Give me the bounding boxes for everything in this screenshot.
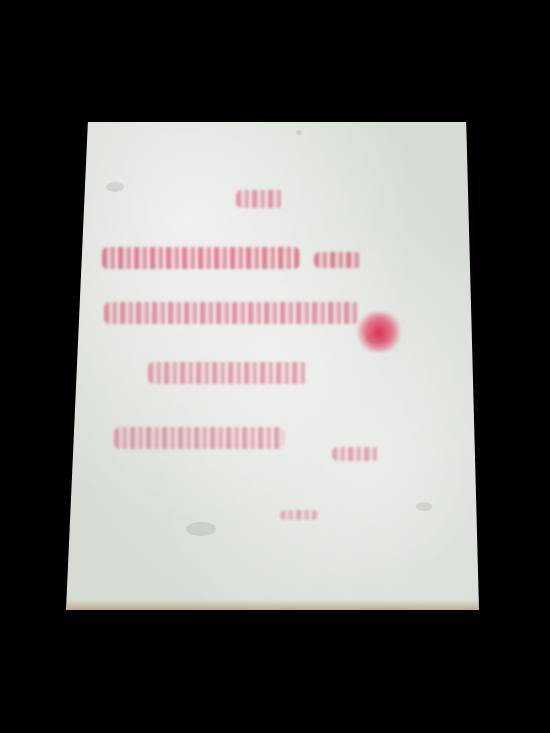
- surface-speck: [106, 182, 124, 192]
- inscription-line-2: [104, 302, 360, 324]
- inscription-mark-top: [236, 190, 284, 208]
- inscription-line-1-suffix: [314, 252, 362, 268]
- inscription-line-4-suffix: [332, 447, 380, 461]
- inscription-line-1: [102, 247, 300, 269]
- surface-speck: [186, 522, 216, 536]
- surface-speck: [296, 130, 302, 135]
- inscription-mark-bottom: [280, 510, 318, 520]
- amulet-tablet: [66, 122, 479, 610]
- ink-blot: [356, 312, 402, 352]
- surface-speck: [416, 502, 432, 511]
- inscription-line-4: [114, 427, 284, 449]
- inscription-line-3: [148, 362, 308, 384]
